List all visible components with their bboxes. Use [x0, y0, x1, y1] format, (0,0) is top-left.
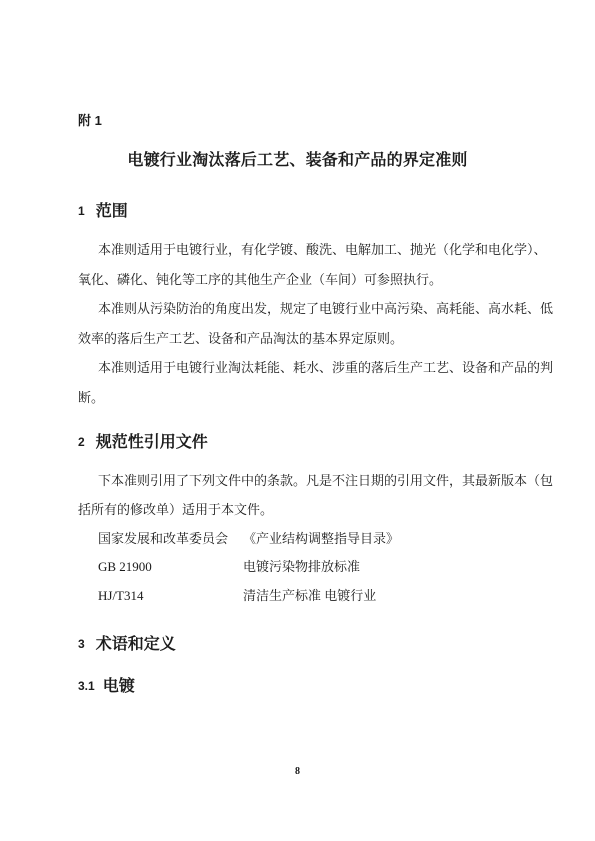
reference-item: GB 21900电镀污染物排放标准 — [78, 553, 533, 582]
reference-item: HJ/T314清洁生产标准 电镀行业 — [78, 582, 533, 611]
reference-issuer: 国家发展和改革委员会 — [98, 525, 243, 554]
reference-title: 电镀污染物排放标准 — [243, 559, 360, 574]
section-heading-terms: 3术语和定义 — [78, 631, 533, 654]
subsection-number: 3.1 — [78, 679, 95, 693]
section-heading-scope: 1范围 — [78, 198, 533, 221]
paragraph-line: 本准则从污染防治的角度出发，规定了电镀行业中高污染、高耗能、高水耗、低 — [78, 294, 533, 324]
section-heading-text: 术语和定义 — [96, 636, 176, 653]
reference-item: 国家发展和改革委员会《产业结构调整指导目录》 — [78, 525, 533, 554]
subsection-heading-dianduf: 3.1电镀 — [78, 673, 533, 696]
paragraph-line: 本准则适用于电镀行业，有化学镀、酸洗、电解加工、抛光（化学和电化学）、 — [78, 235, 533, 265]
paragraph-line: 本准则适用于电镀行业淘汰耗能、耗水、涉重的落后生产工艺、设备和产品的判 — [78, 353, 533, 383]
paragraph-line: 断。 — [78, 383, 533, 413]
paragraph-line: 下本准则引用了下列文件中的条款。凡是不注日期的引用文件，其最新版本（包 — [78, 467, 533, 496]
paragraph-line: 氧化、磷化、钝化等工序的其他生产企业（车间）可参照执行。 — [78, 265, 533, 295]
document-title: 电镀行业淘汰落后工艺、装备和产品的界定准则 — [0, 147, 595, 170]
reference-code: GB 21900 — [98, 553, 243, 582]
section-number: 1 — [78, 204, 85, 218]
annex-label: 附 1 — [78, 110, 533, 129]
scope-paragraphs: 本准则适用于电镀行业，有化学镀、酸洗、电解加工、抛光（化学和电化学）、 氧化、磷… — [78, 235, 533, 412]
reference-title: 清洁生产标准 电镀行业 — [243, 588, 376, 603]
page-number: 8 — [0, 766, 595, 777]
paragraph-line: 效率的落后生产工艺、设备和产品淘汰的基本界定原则。 — [78, 324, 533, 354]
reference-title: 《产业结构调整指导目录》 — [243, 531, 399, 546]
references-body: 下本准则引用了下列文件中的条款。凡是不注日期的引用文件，其最新版本（包 括所有的… — [78, 467, 533, 611]
reference-code: HJ/T314 — [98, 582, 243, 611]
section-heading-text: 规范性引用文件 — [96, 434, 208, 451]
paragraph-line: 括所有的修改单）适用于本文件。 — [78, 496, 533, 525]
document-page: 附 1 电镀行业淘汰落后工艺、装备和产品的界定准则 1范围 本准则适用于电镀行业… — [0, 0, 595, 841]
section-heading-references: 2规范性引用文件 — [78, 429, 533, 452]
subsection-heading-text: 电镀 — [103, 678, 135, 695]
section-number: 2 — [78, 435, 85, 449]
section-heading-text: 范围 — [96, 203, 128, 220]
section-number: 3 — [78, 637, 85, 651]
